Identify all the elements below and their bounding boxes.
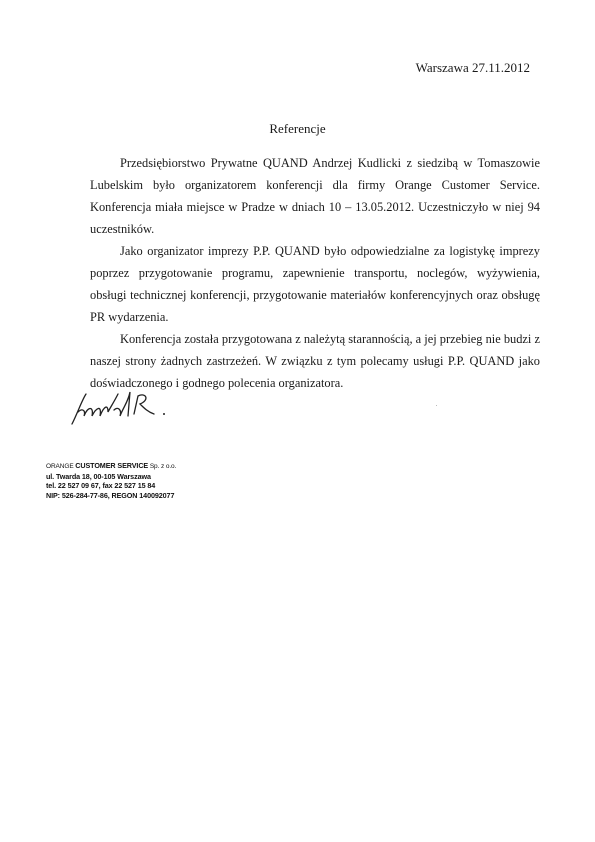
stamp-tax-ids: NIP: 526-284-77-86, REGON 140092077 [46, 491, 176, 501]
company-stamp: ORANGE CUSTOMER SERVICE Sp. z o.o. ul. T… [46, 461, 176, 500]
scan-speck [436, 405, 437, 406]
stamp-phone: tel. 22 527 09 67, fax 22 527 15 84 [46, 481, 176, 491]
paragraph-1: Przedsiębiorstwo Prywatne QUAND Andrzej … [90, 152, 540, 240]
paragraph-3: Konferencja została przygotowana z należ… [90, 328, 540, 394]
paragraph-2: Jako organizator imprezy P.P. QUAND było… [90, 240, 540, 328]
document-title: Referencje [0, 121, 595, 137]
stamp-address: ul. Twarda 18, 00-105 Warszawa [46, 472, 176, 482]
date-line: Warszawa 27.11.2012 [416, 60, 530, 76]
stamp-company-name: ORANGE CUSTOMER SERVICE Sp. z o.o. [46, 461, 176, 472]
signature-icon [68, 388, 188, 428]
letter-body: Przedsiębiorstwo Prywatne QUAND Andrzej … [90, 152, 540, 394]
